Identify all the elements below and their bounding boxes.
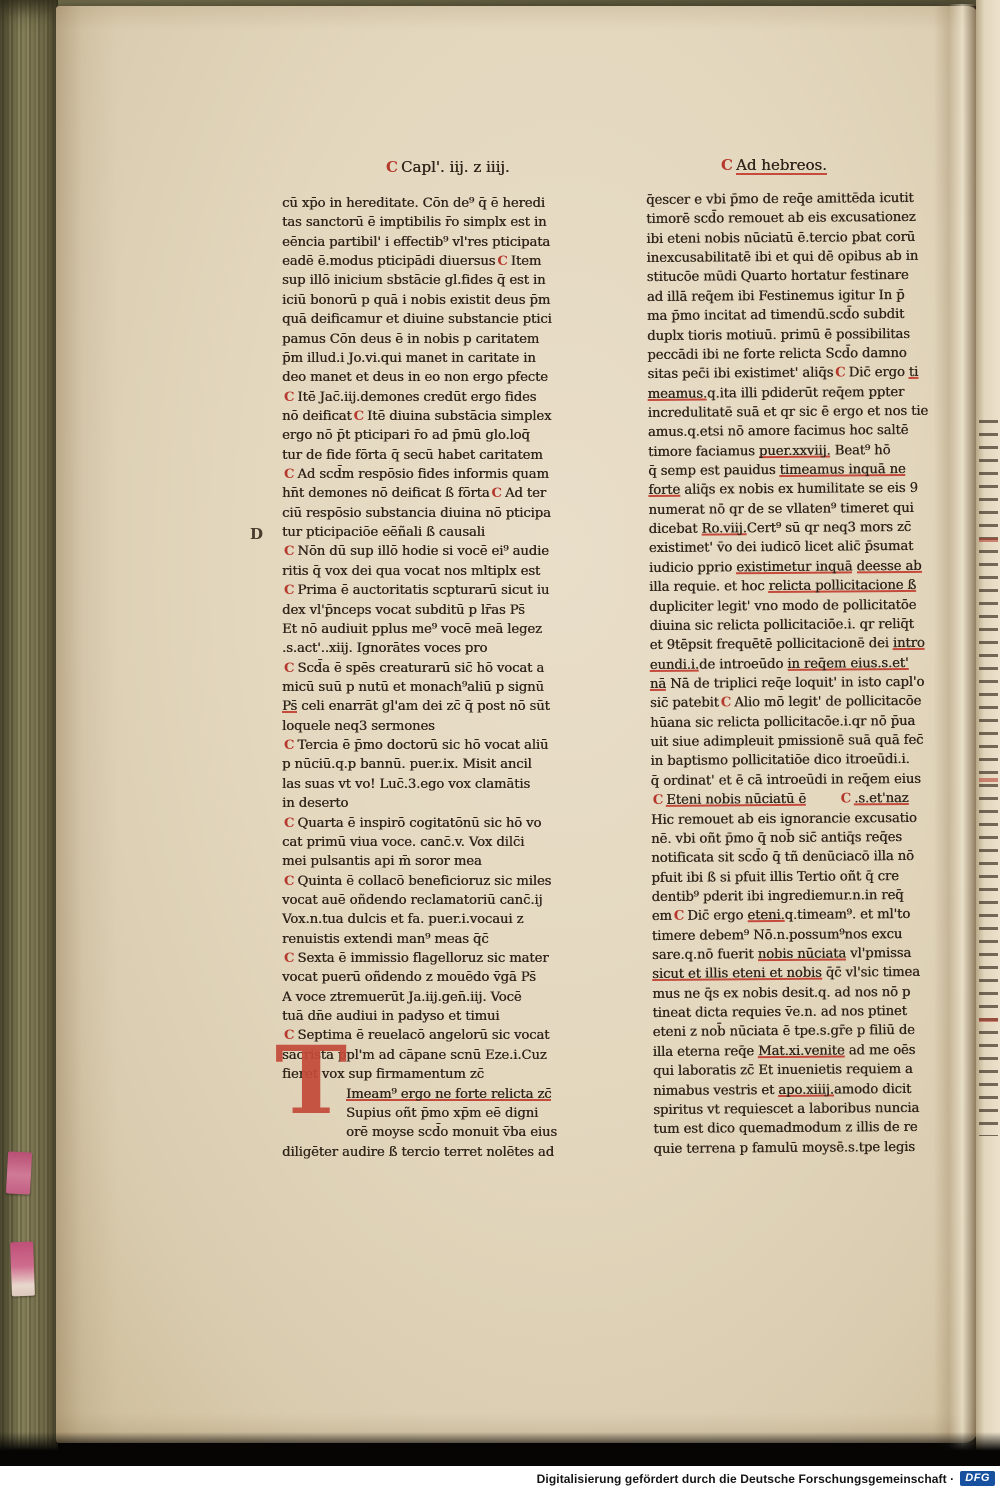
text-line: CQuarta ē inspirō cogitatōnū sic hō vo: [282, 814, 608, 833]
text-line: p̄m illud.i Jo.vi.qui manet in caritate …: [282, 349, 608, 368]
text-segment: renuistis extendi man⁹ meas q̄c̄: [282, 932, 489, 947]
text-segment: [806, 792, 839, 807]
dfg-logo: DFG: [960, 1471, 995, 1486]
text-segment: stitucōe mūdi Quarto hortatur festinare: [647, 268, 909, 285]
text-segment: Ad hebreos.: [736, 156, 827, 176]
text-segment: dentib⁹ pderit ibi ingrediemur.n.in req̄: [651, 888, 903, 905]
text-segment: em: [652, 909, 672, 924]
text-segment: timere debem⁹ Nō.n.possum⁹nos excu: [652, 927, 902, 944]
text-segment: las suas vt vo! Luc̄.3.ego vox clamātis: [282, 777, 530, 792]
text-line: eteni z nob̄ nūciata ē tpe.s.gr̄e p fili…: [653, 1021, 957, 1043]
manuscript-page: CCapl'. iij. z iiij. CAd hebreos. D cū x…: [56, 6, 978, 1443]
text-line: ad illā req̄em ibi Festinemus igitur In …: [647, 285, 951, 307]
text-line: p nūciū.q.p bannū. puer.ix. Misit ancil: [282, 755, 608, 774]
text-segment: Item: [511, 254, 541, 269]
text-line: deo manet et deus in eo non ergo pfecte: [282, 368, 608, 387]
text-line: tuā dn̄e audiui in padyso et timui: [282, 1007, 608, 1026]
text-line: loquele neq3 sermones: [282, 717, 608, 736]
drop-cap-initial: T: [275, 1033, 347, 1127]
paragraph-mark: C: [354, 409, 364, 424]
text-segment: eundi.i.: [650, 657, 699, 672]
text-line: hūana sic relicta pollicitacōe.i.qr nō p…: [650, 711, 954, 733]
text-segment: p̄m illud.i Jo.vi.qui manet in caritate …: [282, 351, 536, 366]
text-line: Ps̄ celi enarrāt gl'am dei zc̄ q̄ post n…: [282, 697, 608, 716]
text-segment: Eteni nobis nūciatū ē: [666, 792, 806, 808]
text-segment: vl'pmissa: [846, 946, 911, 962]
text-line: tineat dicta requies v̄e.n. ad nos ptine…: [652, 1002, 956, 1024]
paragraph-mark: C: [492, 486, 502, 501]
book-left-page-edges: [0, 0, 58, 1466]
text-segment: loquele neq3 sermones: [282, 719, 435, 734]
text-line: q̄ semp est pauidus timeamus inquā ne: [648, 460, 952, 482]
text-segment: nā: [650, 677, 666, 692]
text-line: timere debem⁹ Nō.n.possum⁹nos excu: [652, 924, 956, 946]
text-line: pfuit ibi ß si pfuit illis Tertio oñt q̄…: [651, 866, 955, 888]
running-title-chapter: CCapl'. iij. z iiij.: [384, 158, 510, 176]
paragraph-mark: C: [284, 951, 294, 966]
text-segment: deo manet et deus in eo non ergo pfecte: [282, 370, 548, 385]
text-segment: nē. vbi oñt p̄mo q̄ nob̄ sic̄ antiq̄s re…: [651, 830, 902, 847]
text-segment: Supius oñt p̄mo xp̄m eē digni: [346, 1106, 538, 1121]
text-segment: q̄ semp est pauidus: [648, 463, 780, 479]
text-segment: .s.act'..xiij. Ignorātes voces pro: [282, 641, 487, 656]
text-line: timorē scd̄o remouet ab eis excusationez: [646, 208, 950, 230]
text-line: sic̄ patebitCAlio mō legit' de pollicita…: [650, 692, 954, 714]
text-line: qui laboratis zc̄ Et inuenietis requiem …: [653, 1060, 957, 1082]
text-segment: sic̄ patebit: [650, 696, 719, 712]
text-segment: tas sanctorū ē imptibilis r̄o simplx est…: [282, 215, 546, 230]
text-segment: forte: [648, 483, 680, 498]
text-segment: Itē diuina substācia simplex: [367, 409, 551, 424]
page-curve-shadow: [934, 4, 976, 1456]
footer-bar: Digitalisierung gefördert durch die Deut…: [0, 1466, 1000, 1491]
text-segment: Ro.viij.: [701, 521, 746, 536]
text-segment: celi enarrāt gl'am dei zc̄ q̄ post nō sū…: [297, 699, 550, 714]
text-segment: et 9tēpsit frequētē pollicitacionē dei: [650, 636, 893, 653]
text-line: notificata sit scd̄o q̄ tñ denūciacō ill…: [651, 847, 955, 869]
text-segment: Alio mō legit' de pollicitacōe: [734, 694, 921, 710]
book-scan: CCapl'. iij. z iiij. CAd hebreos. D cū x…: [0, 0, 1000, 1491]
text-line: numerat nō qr de se vllaten⁹ timeret qui: [648, 498, 952, 520]
text-segment: in req̄em eius.s.et': [787, 656, 908, 672]
text-segment: in baptismo pollicitatiōe dico itroeūdi.…: [650, 752, 909, 769]
text-segment: diuina sic relicta pollicitaciōe.i. qr r…: [649, 617, 914, 634]
text-line: CNōn dū sup illō hodie si vocē ei⁹ audie: [282, 542, 608, 561]
text-segment: ti: [909, 365, 918, 380]
text-segment: sare.q.nō fuerit: [652, 947, 758, 963]
text-line: vocat puerū oñdendo z mouēdo v̄gā Ps̄: [282, 968, 608, 987]
text-line: q̄ ordinat' et ē cā introeūdi in req̄em …: [651, 769, 955, 791]
text-segment: Vox.n.tua dulcis et fa. puer.i.vocaui z: [282, 912, 523, 927]
text-segment: q̄escer e vbi p̄mo de req̄e amittēda icu…: [646, 191, 914, 208]
text-line: mus ne q̄s ex nobis desit.q. ad nos nō p: [652, 982, 956, 1004]
text-segment: in deserto: [282, 796, 348, 811]
next-page-edge: [976, 0, 1000, 1466]
text-segment: sicut et illis eteni et nobis: [652, 966, 822, 982]
text-line: sitas pec̄i ibi existimet' aliq̄sCDic̄ e…: [647, 363, 951, 385]
text-line: CEteni nobis nūciatū ē C.s.et'naz: [651, 789, 955, 811]
text-segment: meamus.: [648, 386, 708, 401]
text-segment: Prima ē auctoritatis scpturarū sicut iu: [297, 583, 549, 598]
text-segment: dupliciter legit' vno modo de pollicitat…: [649, 597, 916, 614]
text-segment: incredulitatē suā et qr sic ē ergo et no…: [648, 404, 928, 421]
text-segment: eēncia partibil' i effectib⁹ vl'res ptic…: [282, 235, 550, 250]
text-segment: q̄ ordinat' et ē cā introeūdi in req̄em …: [651, 772, 921, 789]
text-line: Et nō audiuit pplus me⁹ vocē meā legez: [282, 620, 608, 639]
text-segment: eadē ē.modus pticipādi diuersus: [282, 254, 495, 269]
text-segment: numerat nō qr de se vllaten⁹ timeret qui: [648, 501, 913, 518]
text-segment: de introeūdo: [699, 657, 787, 673]
text-line: forte aliq̄s ex nobis ex humilitate se e…: [648, 479, 952, 501]
margin-guide-letter: D: [250, 525, 263, 543]
text-segment: tuā dn̄e audiui in padyso et timui: [282, 1009, 499, 1024]
text-line: pamus Cōn deus ē in nobis p caritatem: [282, 330, 608, 349]
text-line: CPrima ē auctoritatis scpturarū sicut iu: [282, 581, 608, 600]
text-segment: nobis nūciata: [758, 946, 846, 962]
text-line: in baptismo pollicitatiōe dico itroeūdi.…: [650, 750, 954, 772]
paragraph-mark: C: [835, 366, 846, 381]
text-segment: ciū respōsio substancia diuina nō pticip…: [282, 506, 551, 521]
text-segment: amodo dicit: [834, 1081, 911, 1097]
text-segment: eteni.: [747, 908, 784, 923]
text-line: dicebat Ro.viij.Cert⁹ sū qr neq3 mors zc…: [649, 518, 953, 540]
paragraph-mark: C: [284, 390, 294, 405]
text-line: eundi.i.de introeūdo in req̄em eius.s.et…: [650, 653, 954, 675]
text-segment: amus.q.etsi nō amore facimus hoc saltē: [648, 423, 909, 440]
text-line: sup illō inicium sbstācie gl.fides q̄ es…: [282, 271, 608, 290]
text-line: stitucōe mūdi Quarto hortatur festinare: [647, 266, 951, 288]
text-line: spiritus vt requiescet a laboribus nunci…: [653, 1098, 957, 1120]
text-segment: Mat.xi.venite: [758, 1043, 845, 1059]
text-segment: cat primū viua voce. canc̄.v. Vox dilc̄i: [282, 835, 524, 850]
paragraph-mark: C: [284, 467, 294, 482]
text-line: in deserto: [282, 794, 608, 813]
text-segment: spiritus vt requiescet a laboribus nunci…: [653, 1101, 919, 1118]
text-segment: iciū bonorū p quā i nobis existit deus p…: [282, 293, 550, 308]
text-line: dentib⁹ pderit ibi ingrediemur.n.in req̄: [651, 886, 955, 908]
text-segment: sup illō inicium sbstācie gl.fides q̄ es…: [282, 273, 545, 288]
text-segment: Tercia ē p̄mo doctorū sic hō vocat aliū: [297, 738, 548, 753]
text-column-left: cū xp̄o in hereditate. Cōn de⁹ q̄ ē here…: [282, 194, 608, 1162]
text-segment: existimet' v̄o dei iudicō licet alic̄ p̄…: [649, 539, 914, 556]
paragraph-mark: C: [284, 816, 294, 831]
text-line: sicut et illis eteni et nobis q̄c̄ vl'si…: [652, 963, 956, 985]
text-line: CSexta ē immissio flagelloruz sic mater: [282, 949, 608, 968]
text-line: mei pulsantis api m̄ soror mea: [282, 852, 608, 871]
text-segment: mus ne q̄s ex nobis desit.q. ad nos nō p: [652, 985, 910, 1002]
text-line: illa eterna req̄e Mat.xi.venite ad me oē…: [653, 1040, 957, 1062]
text-column-right: q̄escer e vbi p̄mo de req̄e amittēda icu…: [646, 189, 958, 1159]
text-line: hn̄t demones nō deificat ß fōrtaCAd ter: [282, 484, 608, 503]
text-line: et 9tēpsit frequētē pollicitacionē dei i…: [649, 634, 953, 656]
text-segment: dicebat: [649, 522, 702, 537]
text-segment: Scd̄a ē spēs creaturarū sic̄ hō vocat a: [297, 661, 544, 676]
scan-shadow: [0, 1432, 1000, 1466]
text-line: ibi eteni nobis nūciatū ē.tercio pbat co…: [646, 227, 950, 249]
text-segment: illa eterna req̄e: [653, 1044, 758, 1060]
text-line: eadē ē.modus pticipādi diuersusCItem: [282, 252, 608, 271]
text-segment: illa requie. et hoc: [649, 579, 769, 595]
text-line: cū xp̄o in hereditate. Cōn de⁹ q̄ ē here…: [282, 194, 608, 213]
text-segment: A voce ztremuerūt Ja.iij.gen̄.iij. Vocē: [282, 990, 521, 1005]
text-line: tur de fide fōrta q̄ secū habet caritate…: [282, 446, 608, 465]
text-line: ritis q̄ vox dei qua vocat nos mltiplx e…: [282, 562, 608, 581]
text-line: renuistis extendi man⁹ meas q̄c̄: [282, 930, 608, 949]
text-segment: Et nō audiuit pplus me⁹ vocē meā legez: [282, 622, 542, 637]
text-segment: puer.xxviij.: [759, 443, 831, 459]
text-line: CAd scd̄m respōsio fides informis quam: [282, 465, 608, 484]
text-line: iciū bonorū p quā i nobis existit deus p…: [282, 291, 608, 310]
text-line: nā Nā de triplici req̄e loquit' in isto …: [650, 673, 954, 695]
paragraph-mark: C: [653, 793, 664, 808]
text-segment: relicta pollicitacione ß: [769, 578, 917, 594]
text-segment: ma p̄mo incitat ad timendū.scd̄o subdit: [647, 307, 904, 324]
text-segment: .s.et'naz: [854, 791, 908, 806]
text-line: peccādi ibi ne forte relicta Scd̄o damno: [647, 343, 951, 365]
text-segment: Nōn dū sup illō hodie si vocē ei⁹ audie: [297, 544, 548, 559]
text-segment: Itē Jac̄.iij.demones credūt ergo fides: [297, 390, 536, 405]
text-segment: Dic̄ ergo: [849, 365, 909, 380]
text-segment: intro: [893, 636, 925, 651]
text-line: quā deificamur et diuine substancie ptic…: [282, 310, 608, 329]
text-segment: notificata sit scd̄o q̄ tñ denūciacō ill…: [651, 849, 914, 866]
text-line: dupliciter legit' vno modo de pollicitat…: [649, 595, 953, 617]
text-segment: qui laboratis zc̄ Et inuenietis requiem …: [653, 1062, 913, 1079]
text-line: A voce ztremuerūt Ja.iij.gen̄.iij. Vocē: [282, 988, 608, 1007]
text-segment: Quarta ē inspirō cogitatōnū sic hō vo: [297, 816, 541, 831]
text-segment: [852, 559, 856, 574]
text-line: micū suū p nutū et monach⁹aliū p signū: [282, 678, 608, 697]
text-line: quie terrena p famulū moysē.s.tpe legis: [653, 1137, 957, 1159]
text-segment: nō deificat: [282, 409, 352, 424]
text-segment: vocat puerū oñdendo z mouēdo v̄gā Ps̄: [282, 970, 536, 985]
paragraph-mark: C: [284, 874, 294, 889]
text-segment: inexcusabilitatē ibi et qui dē opibus ab…: [646, 249, 918, 266]
paragraph-mark: C: [721, 156, 733, 174]
text-segment: cū xp̄o in hereditate. Cōn de⁹ q̄ ē here…: [282, 196, 545, 211]
text-line: emCDic̄ ergo eteni.q.timeam⁹. et ml'to: [652, 905, 956, 927]
text-segment: timeamus inquā ne: [780, 462, 906, 478]
paragraph-mark: C: [721, 696, 732, 711]
text-segment: sitas pec̄i ibi existimet' aliq̄s: [647, 366, 833, 382]
text-segment: Ad scd̄m respōsio fides informis quam: [297, 467, 548, 482]
paragraph-mark: C: [284, 738, 294, 753]
text-segment: pamus Cōn deus ē in nobis p caritatem: [282, 332, 539, 347]
text-line: uit siue adimpleuit pmissionē suā quā fe…: [650, 731, 954, 753]
text-segment: mei pulsantis api m̄ soror mea: [282, 854, 482, 869]
text-line: Vox.n.tua dulcis et fa. puer.i.vocaui z: [282, 910, 608, 929]
text-segment: ibi eteni nobis nūciatū ē.tercio pbat co…: [646, 230, 915, 247]
text-line: eēncia partibil' i effectib⁹ vl'res ptic…: [282, 233, 608, 252]
text-segment: duplx tioris motiuū. primū ē possibilita…: [647, 326, 910, 343]
text-segment: Capl'. iij. z iiij.: [401, 158, 510, 176]
text-segment: diligēter audire ß tercio terret nolētes…: [282, 1145, 554, 1160]
text-segment: vocat auē oñdendo reclamatoriū canc̄.ij: [282, 893, 542, 908]
text-segment: Sexta ē immissio flagelloruz sic mater: [297, 951, 548, 966]
text-line: ciū respōsio substancia diuina nō pticip…: [282, 504, 608, 523]
text-line: dex vl'p̄nceps vocat subditū p lr̄as Ps̄: [282, 601, 608, 620]
text-segment: Dic̄ ergo: [687, 909, 747, 924]
text-segment: ad me oēs: [845, 1043, 916, 1059]
text-segment: q.ita illi pdiderūt req̄em ppter: [707, 385, 904, 402]
text-segment: Nā de triplici req̄e loquit' in isto cap…: [666, 675, 924, 692]
paragraph-mark: C: [284, 661, 294, 676]
paragraph-mark: C: [674, 909, 685, 924]
text-line: nimabus vestris et apo.xiiij.amodo dicit: [653, 1079, 957, 1101]
text-line: iudicio pprio existimetur inquā deesse a…: [649, 556, 953, 578]
text-line: .s.act'..xiij. Ignorātes voces pro: [282, 639, 608, 658]
text-segment: tum est dico quemadmodum z illis de re: [653, 1120, 917, 1137]
text-line: duplx tioris motiuū. primū ē possibilita…: [647, 324, 951, 346]
text-line: incredulitatē suā et qr sic ē ergo et no…: [648, 402, 952, 424]
paragraph-mark: C: [284, 583, 294, 598]
paragraph-mark: C: [497, 254, 507, 269]
text-segment: micū suū p nutū et monach⁹aliū p signū: [282, 680, 544, 695]
text-line: inexcusabilitatē ibi et qui dē opibus ab…: [646, 247, 950, 269]
text-line: tas sanctorū ē imptibilis r̄o simplx est…: [282, 213, 608, 232]
text-segment: apo.xiiij.: [778, 1082, 834, 1097]
text-line: q̄escer e vbi p̄mo de req̄e amittēda icu…: [646, 189, 950, 211]
text-segment: dex vl'p̄nceps vocat subditū p lr̄as Ps̄: [282, 603, 525, 618]
text-segment: Quinta ē collacō beneficioruz sic miles: [297, 874, 551, 889]
text-line: illa requie. et hoc relicta pollicitacio…: [649, 576, 953, 598]
text-segment: Hic remouet ab eis ignorancie excusatio: [651, 810, 917, 827]
text-line: tur pticipaciōe eēñali ß causali: [282, 523, 608, 542]
text-line: ma p̄mo incitat ad timendū.scd̄o subdit: [647, 305, 951, 327]
text-line: diuina sic relicta pollicitaciōe.i. qr r…: [649, 615, 953, 637]
text-segment: timorē scd̄o remouet ab eis excusationez: [646, 210, 915, 227]
paragraph-mark: C: [386, 158, 398, 176]
text-line: las suas vt vo! Luc̄.3.ego vox clamātis: [282, 775, 608, 794]
text-segment: timore faciamus: [648, 444, 759, 460]
paragraph-mark: C: [841, 792, 852, 807]
text-line: nō deificatCItē diuina substācia simplex: [282, 407, 608, 426]
text-segment: hūana sic relicta pollicitacōe.i.qr nō p…: [650, 714, 915, 731]
text-segment: q̄c̄ vl'sic timea: [822, 965, 920, 981]
digitization-credit: Digitalisierung gefördert durch die Deut…: [537, 1472, 955, 1486]
bookmark-tab: [6, 1151, 32, 1194]
text-segment: hn̄t demones nō deificat ß fōrta: [282, 486, 490, 501]
text-segment: ritis q̄ vox dei qua vocat nos mltiplx e…: [282, 564, 540, 579]
text-segment: tur de fide fōrta q̄ secū habet caritate…: [282, 448, 543, 463]
text-segment: uit siue adimpleuit pmissionē suā quā fe…: [650, 733, 923, 750]
text-segment: Imeam⁹ ergo ne forte relicta zc̄: [346, 1087, 551, 1102]
text-line: tum est dico quemadmodum z illis de re: [653, 1118, 957, 1140]
text-segment: ad illā req̄em ibi Festinemus igitur In …: [647, 288, 905, 305]
text-segment: Cert⁹ sū qr neq3 mors zc̄: [747, 520, 911, 536]
text-segment: quie terrena p famulū moysē.s.tpe legis: [653, 1140, 915, 1157]
text-segment: Ad ter: [505, 486, 546, 501]
text-line: CTercia ē p̄mo doctorū sic hō vocat aliū: [282, 736, 608, 755]
text-line: sare.q.nō fuerit nobis nūciata vl'pmissa: [652, 944, 956, 966]
bookmark-tab: [10, 1242, 35, 1297]
text-line: ergo nō p̄t pticipari r̄o ad p̄mū glo.lo…: [282, 426, 608, 445]
next-page-text-sliver: [979, 420, 998, 1136]
text-line: CItē Jac̄.iij.demones credūt ergo fides: [282, 388, 608, 407]
text-line: CQuinta ē collacō beneficioruz sic miles: [282, 872, 608, 891]
text-line: nē. vbi oñt p̄mo q̄ nob̄ sic̄ antiq̄s re…: [651, 827, 955, 849]
text-segment: aliq̄s ex nobis ex humilitate se eis 9: [680, 481, 918, 498]
text-line: timore faciamus puer.xxviij. Beat⁹ hō: [648, 440, 952, 462]
text-line: amus.q.etsi nō amore facimus hoc saltē: [648, 421, 952, 443]
text-segment: Ps̄: [282, 699, 297, 714]
text-segment: eteni z nob̄ nūciata ē tpe.s.gr̄e p fili…: [653, 1023, 915, 1040]
text-segment: peccādi ibi ne forte relicta Scd̄o damno: [647, 346, 906, 363]
text-segment: Beat⁹ hō: [830, 443, 890, 458]
text-segment: q.timeam⁹. et ml'to: [785, 907, 911, 923]
text-segment: iudicio pprio: [649, 560, 736, 576]
text-segment: pfuit ibi ß si pfuit illis Tertio oñt q̄…: [651, 869, 899, 886]
running-title-book: CAd hebreos.: [719, 156, 827, 174]
text-line: cat primū viua voce. canc̄.v. Vox dilc̄i: [282, 833, 608, 852]
text-segment: ergo nō p̄t pticipari r̄o ad p̄mū glo.lo…: [282, 428, 530, 443]
text-line: existimet' v̄o dei iudicō licet alic̄ p̄…: [649, 537, 953, 559]
text-line: CScd̄a ē spēs creaturarū sic̄ hō vocat a: [282, 659, 608, 678]
text-segment: existimetur inquā: [736, 559, 852, 575]
text-segment: tineat dicta requies v̄e.n. ad nos ptine…: [652, 1004, 906, 1021]
text-segment: quā deificamur et diuine substancie ptic…: [282, 312, 552, 327]
text-segment: nimabus vestris et: [653, 1083, 778, 1099]
text-line: vocat auē oñdendo reclamatoriū canc̄.ij: [282, 891, 608, 910]
paragraph-mark: C: [284, 544, 294, 559]
text-segment: tur pticipaciōe eēñali ß causali: [282, 525, 485, 540]
text-segment: orē moyse scd̄o monuit v̄ba eius: [346, 1125, 557, 1140]
text-line: diligēter audire ß tercio terret nolētes…: [282, 1143, 608, 1162]
text-line: Hic remouet ab eis ignorancie excusatio: [651, 808, 955, 830]
text-segment: deesse ab: [856, 559, 921, 575]
text-segment: p nūciū.q.p bannū. puer.ix. Misit ancil: [282, 757, 532, 772]
text-line: meamus.q.ita illi pdiderūt req̄em ppter: [648, 382, 952, 404]
